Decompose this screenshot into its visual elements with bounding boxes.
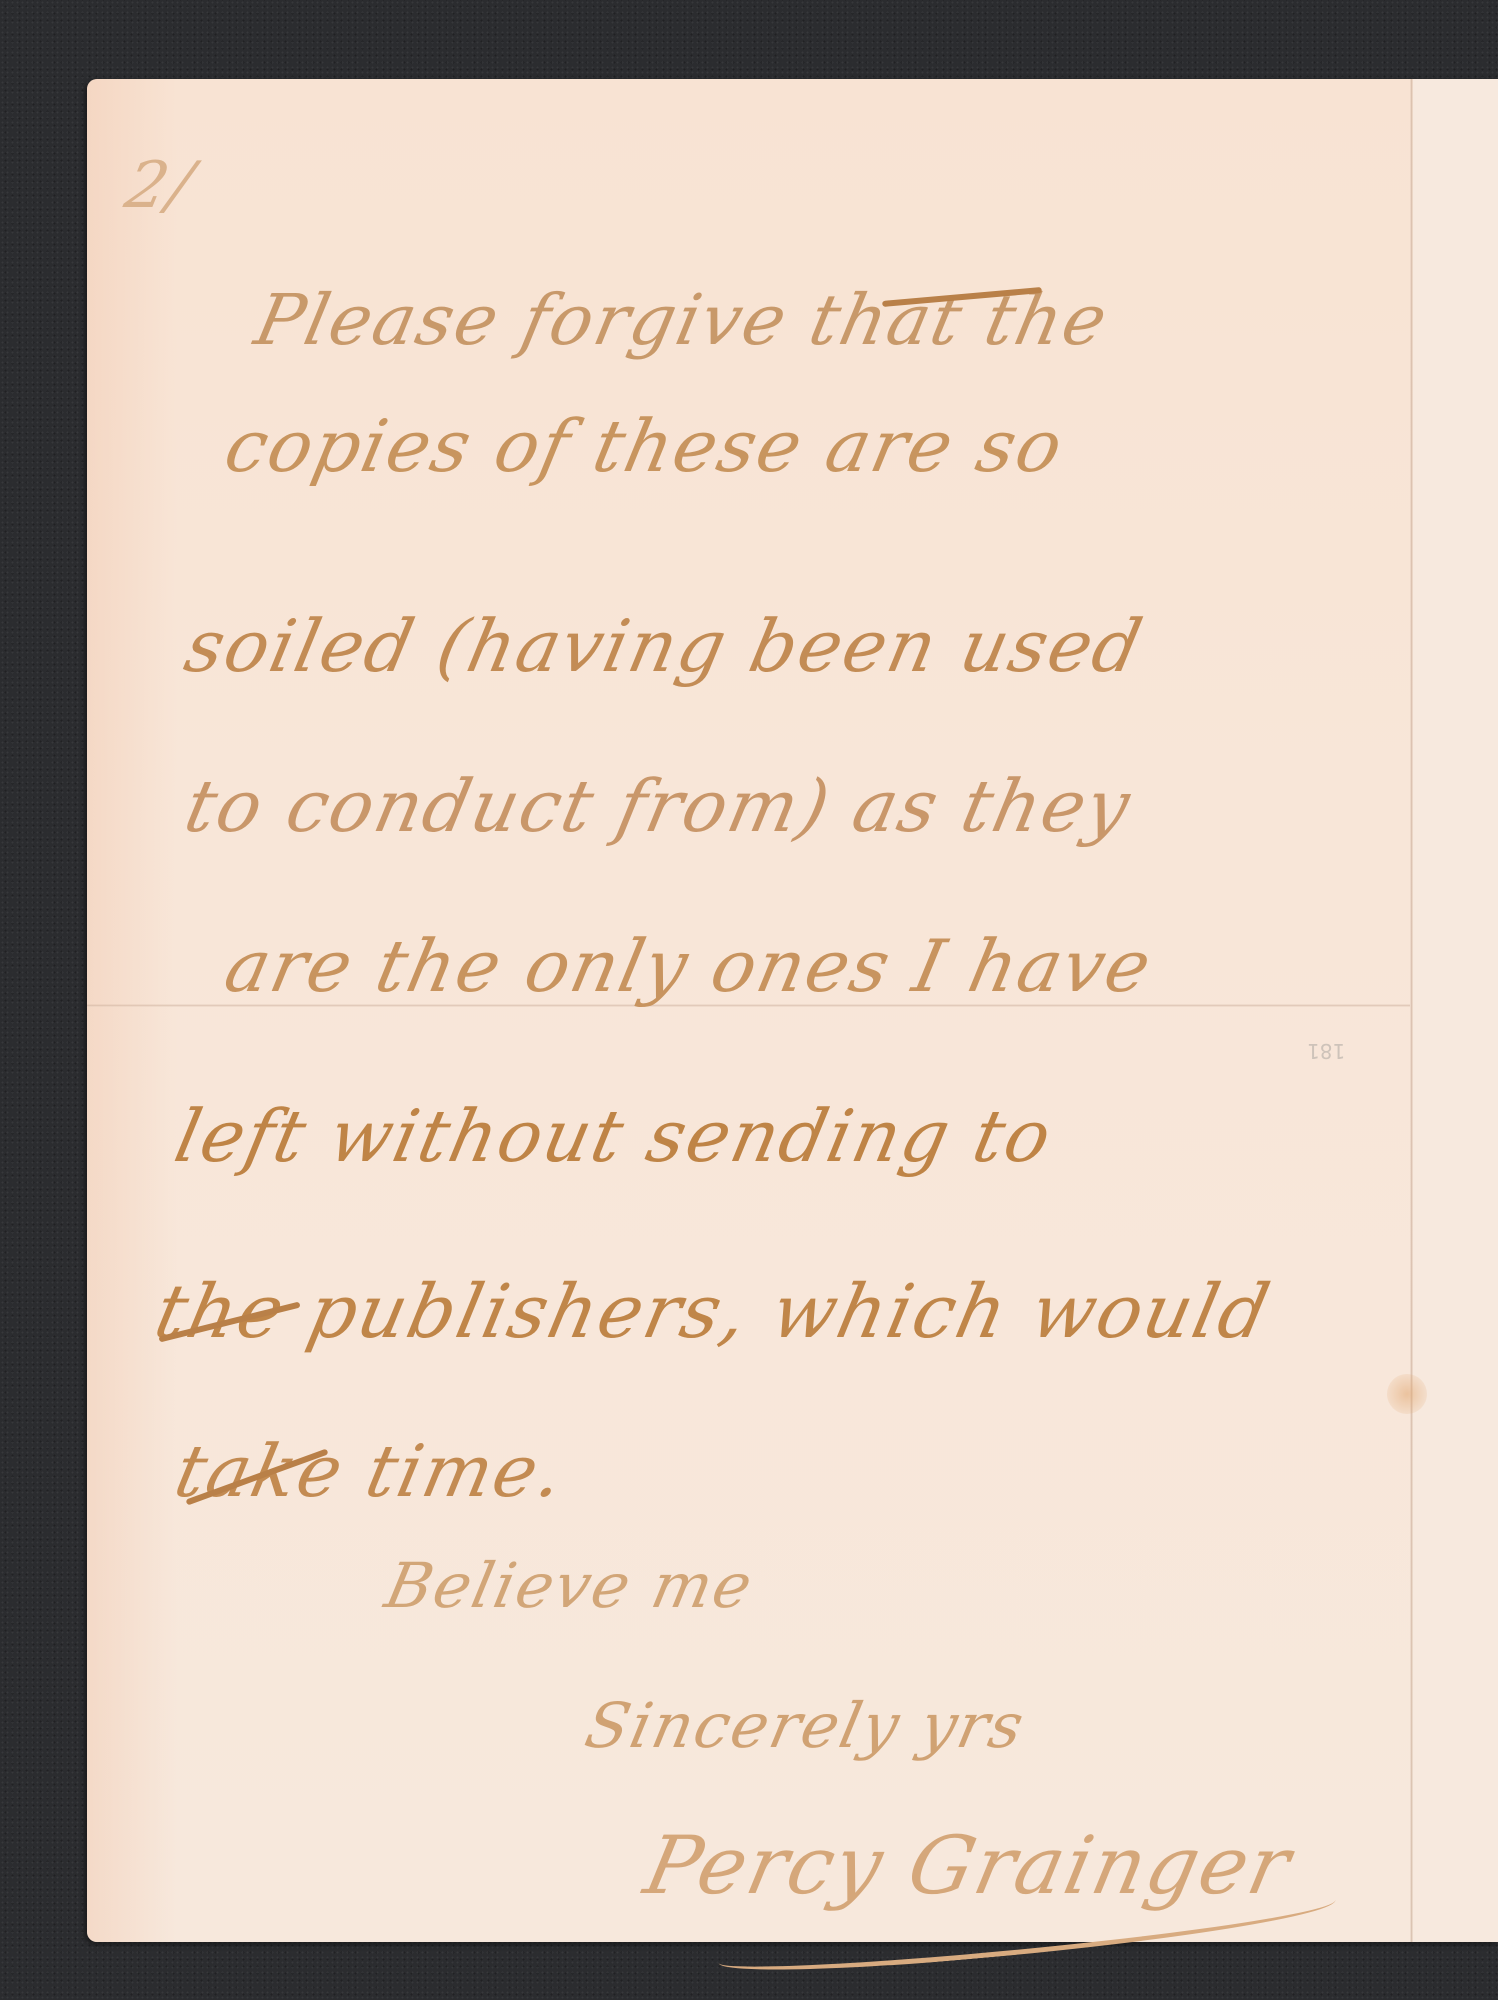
pencil-annotation: 181 bbox=[1307, 1039, 1345, 1063]
letter-line-5: are the only ones I have bbox=[218, 924, 1160, 1008]
letter-page: 181 2/ Please forgive that the copies of… bbox=[87, 79, 1498, 1942]
letter-line-2: copies of these are so bbox=[218, 404, 1071, 488]
letter-line-7: the publishers, which would bbox=[148, 1269, 1278, 1355]
closing-line-1: Believe me bbox=[379, 1549, 760, 1622]
letter-line-4: to conduct from) as they bbox=[178, 764, 1139, 848]
vertical-fold-line bbox=[1410, 79, 1413, 1942]
letter-line-8: take time. bbox=[168, 1429, 573, 1513]
ink-stain bbox=[1387, 1374, 1427, 1414]
letter-line-6: left without sending to bbox=[168, 1094, 1060, 1178]
page-number-mark: 2/ bbox=[119, 149, 201, 223]
page-shading bbox=[87, 79, 177, 1942]
letter-line-3: soiled (having been used bbox=[178, 604, 1151, 688]
closing-line-2: Sincerely yrs bbox=[579, 1689, 1032, 1762]
adjacent-leaf bbox=[1413, 79, 1498, 1942]
